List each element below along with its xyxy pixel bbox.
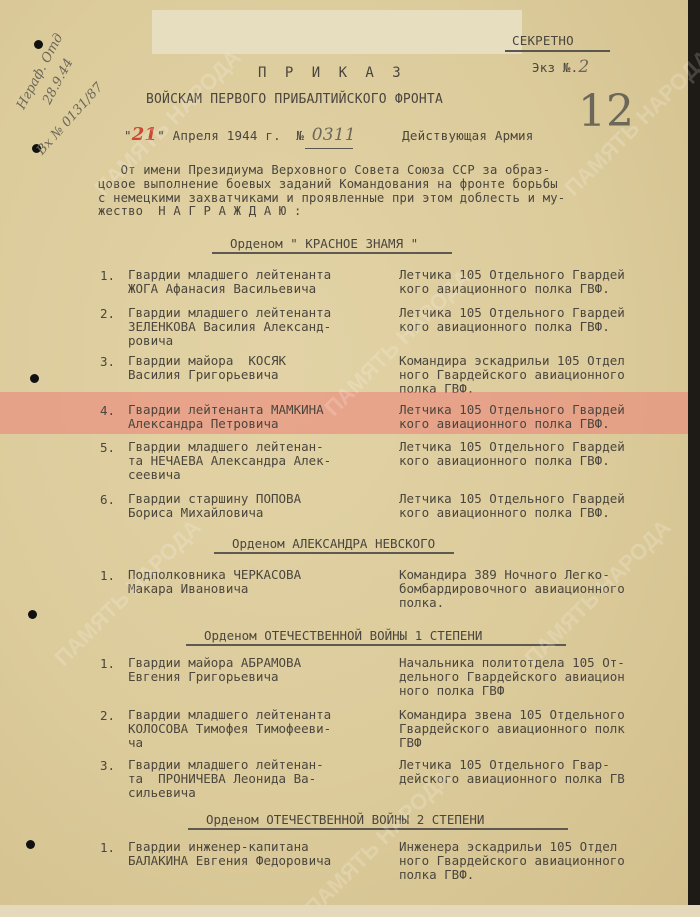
section-heading: Орденом " КРАСНОЕ ЗНАМЯ "	[230, 236, 418, 251]
punch-hole	[34, 40, 43, 49]
recipient-position: Командира эскадрильи 105 Отдел ного Гвар…	[399, 354, 625, 396]
item-number: 3.	[100, 354, 115, 369]
section-underline	[186, 644, 566, 646]
recipient-name: Гвардии старшину ПОПОВА Бориса Михайлови…	[128, 492, 301, 520]
punch-hole	[28, 610, 37, 619]
recipient-name: Гвардии майора АБРАМОВА Евгения Григорье…	[128, 656, 301, 684]
recipient-name: Гвардии младшего лейтенан- та НЕЧАЕВА Ал…	[128, 440, 331, 482]
section-heading: Орденом ОТЕЧЕСТВЕННОЙ ВОЙНЫ 2 СТЕПЕНИ	[206, 812, 484, 827]
date-month-year: " Апреля 1944 г. №	[157, 128, 304, 143]
preamble: От имени Президиума Верховного Совета Со…	[98, 164, 565, 219]
order-number: 0311	[312, 125, 356, 145]
classification-underline	[505, 50, 610, 52]
recipient-position: Командира звена 105 Отдельного Гвардейск…	[399, 708, 625, 750]
item-number: 5.	[100, 440, 115, 455]
section-heading: Орденом ОТЕЧЕСТВЕННОЙ ВОЙНЫ 1 СТЕПЕНИ	[204, 628, 482, 643]
copy-number: 2	[578, 57, 589, 77]
location: Действующая Армия	[402, 128, 533, 143]
recipient-name: Гвардии младшего лейтенанта ЗЕЛЕНКОВА Ва…	[128, 306, 331, 348]
classification-stamp: СЕКРЕТНО	[512, 34, 574, 48]
recipient-name: Гвардии младшего лейтенанта КОЛОСОВА Тим…	[128, 708, 331, 750]
recipient-position: Инженера эскадрильи 105 Отдел ного Гвард…	[399, 840, 625, 882]
section-heading: Орденом АЛЕКСАНДРА НЕВСКОГО	[232, 536, 435, 551]
recipient-position: Летчика 105 Отдельного Гвардей кого авиа…	[399, 403, 625, 431]
copy-label: Экз №.	[532, 60, 578, 75]
date-line: "21" Апреля 1944 г. № 0311 Действующая А…	[124, 128, 534, 143]
item-number: 6.	[100, 492, 115, 507]
recipient-name: Гвардии лейтенанта МАМКИНА Александра Пе…	[128, 403, 324, 431]
punch-hole	[26, 840, 35, 849]
order-number-underline	[305, 148, 353, 149]
redaction-patch	[152, 10, 522, 54]
section-underline	[212, 252, 452, 254]
item-number: 2.	[100, 306, 115, 321]
recipient-position: Начальника политотдела 105 От- дельного …	[399, 656, 625, 698]
recipient-position: Летчика 105 Отдельного Гвардей кого авиа…	[399, 440, 625, 468]
item-number: 1.	[100, 268, 115, 283]
recipient-name: Гвардии майора КОСЯК Василия Григорьевич…	[128, 354, 286, 382]
recipient-position: Летчика 105 Отдельного Гвардей кого авиа…	[399, 492, 625, 520]
scan-border-right	[688, 0, 700, 905]
item-number: 4.	[100, 403, 115, 418]
item-number: 1.	[100, 656, 115, 671]
item-number: 1.	[100, 568, 115, 583]
section-underline	[214, 552, 454, 554]
copy-number-label: Экз №.2	[532, 60, 589, 75]
document-page: Нграф. Отд 28.9.44 Вх № 0131/87 СЕКРЕТНО…	[0, 0, 688, 905]
item-number: 3.	[100, 758, 115, 773]
recipient-name: Гвардии младшего лейтенанта ЖОГА Афанаси…	[128, 268, 331, 296]
scan-border-bottom	[0, 905, 700, 917]
recipient-name: Гвардии инженер-капитана БАЛАКИНА Евгени…	[128, 840, 331, 868]
item-number: 2.	[100, 708, 115, 723]
item-number: 1.	[100, 840, 115, 855]
punch-hole	[30, 374, 39, 383]
document-title: П Р И К А З	[258, 66, 406, 80]
recipient-name: Гвардии младшего лейтенан- та ПРОНИЧЕВА …	[128, 758, 324, 800]
